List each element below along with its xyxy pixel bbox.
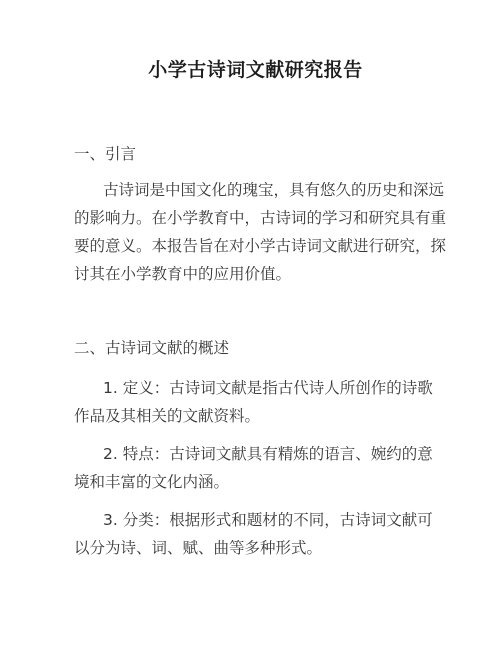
list-item-definition: 1. 定义：古诗词文献是指古代诗人所创作的诗歌 作品及其相关的文献资料。 bbox=[74, 374, 437, 430]
intro-paragraph-line: 讨其在小学教育中的应用价值。 bbox=[74, 260, 437, 288]
list-item-line: 以分为诗、词、赋、曲等多种形式。 bbox=[74, 534, 437, 562]
list-item-line: 境和丰富的文化内涵。 bbox=[74, 468, 437, 496]
intro-paragraph-line: 要的意义。本报告旨在对小学古诗词文献进行研究，探 bbox=[74, 232, 437, 260]
document-title: 小学古诗词文献研究报告 bbox=[74, 56, 437, 84]
section-2-heading: 二、古诗词文献的概述 bbox=[74, 334, 437, 362]
intro-paragraph: 古诗词是中国文化的瑰宝，具有悠久的历史和深远 的影响力。在小学教育中，古诗词的学… bbox=[74, 176, 437, 288]
list-item-characteristics: 2. 特点：古诗词文献具有精炼的语言、婉约的意 境和丰富的文化内涵。 bbox=[74, 440, 437, 496]
intro-paragraph-line: 的影响力。在小学教育中，古诗词的学习和研究具有重 bbox=[74, 204, 437, 232]
document-page: 小学古诗词文献研究报告 一、引言 古诗词是中国文化的瑰宝，具有悠久的历史和深远 … bbox=[0, 0, 500, 647]
section-2-heading-text: 二、古诗词文献的概述 bbox=[74, 339, 229, 357]
list-item-line: 2. 特点：古诗词文献具有精炼的语言、婉约的意 bbox=[74, 440, 437, 468]
section-1-heading-text: 一、引言 bbox=[74, 145, 136, 163]
list-item-line: 作品及其相关的文献资料。 bbox=[74, 402, 437, 430]
intro-paragraph-line: 古诗词是中国文化的瑰宝，具有悠久的历史和深远 bbox=[74, 176, 437, 204]
list-item-line: 1. 定义：古诗词文献是指古代诗人所创作的诗歌 bbox=[74, 374, 437, 402]
list-item-classification: 3. 分类：根据形式和题材的不同，古诗词文献可 以分为诗、词、赋、曲等多种形式。 bbox=[74, 506, 437, 562]
list-item-line: 3. 分类：根据形式和题材的不同，古诗词文献可 bbox=[74, 506, 437, 534]
section-1-heading: 一、引言 bbox=[74, 140, 437, 168]
